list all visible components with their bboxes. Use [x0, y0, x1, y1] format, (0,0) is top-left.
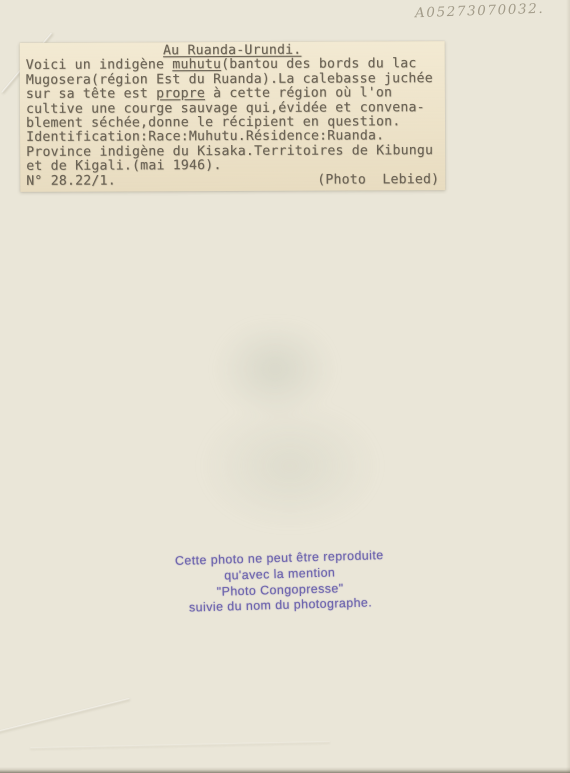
congopresse-stamp: Cette photo ne peut être reproduite qu'a… [166, 548, 394, 617]
caption-line-3-pre: sur sa tête est [26, 87, 156, 103]
photo-bottom-edge-shadow [0, 767, 570, 773]
caption-line-1-pre: Voici un indigène [26, 58, 173, 74]
caption-line-1-post: (bantou des bords du lac [221, 57, 416, 73]
caption-number: N° 28.22/1. [26, 174, 116, 189]
ghost-image-showthrough [165, 325, 415, 545]
inventory-inscription: A05273070032. [414, 1, 544, 22]
caption-credit: (Photo Lebied) [317, 173, 439, 188]
crease-bottom [30, 741, 330, 749]
typed-caption-label: Au Ruanda-Urundi. Voici un indigène muhu… [20, 41, 446, 192]
caption-underlined-word-muhutu: muhutu [172, 57, 221, 72]
photo-back: A05273070032. Au Ruanda-Urundi. Voici un… [0, 0, 570, 773]
crease-bottom-left [0, 698, 130, 736]
photo-right-edge-shadow [566, 0, 570, 773]
caption-underlined-word-propre: propre [156, 86, 205, 101]
caption-line-3-post: à cette région où l'on [205, 86, 392, 102]
caption-footer: N° 28.22/1. (Photo Lebied) [26, 173, 439, 189]
